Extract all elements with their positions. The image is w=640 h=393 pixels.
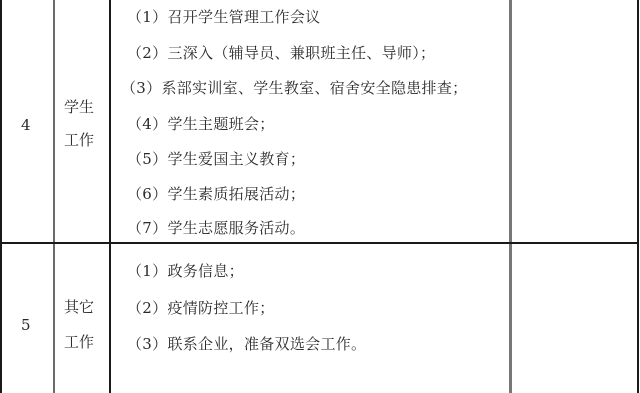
task-item: （2）疫情防控工作；: [127, 297, 275, 318]
table-border-col2: [109, 0, 111, 393]
table-border-left: [0, 0, 2, 393]
row-divider: [0, 242, 639, 244]
row-category: 学生: [64, 98, 94, 116]
row-category: 工作: [64, 131, 94, 149]
task-item: （3）联系企业，准备双选会工作。: [127, 333, 366, 354]
task-item: （1）召开学生管理工作会议: [127, 6, 320, 27]
row-index: 4: [21, 116, 31, 134]
table-border-right: [637, 0, 639, 393]
task-item: （5）学生爱国主义教育；: [127, 148, 305, 169]
row-category: 其它: [64, 298, 94, 316]
task-item: （3）系部实训室、学生教室、宿舍安全隐患排查；: [121, 77, 467, 98]
task-item: （7）学生志愿服务活动。: [127, 217, 305, 238]
task-item: （1）政务信息；: [127, 260, 244, 281]
table-border-col3: [509, 0, 512, 393]
task-item: （2）三深入（辅导员、兼职班主任、导师）；: [127, 42, 435, 63]
row-category: 工作: [64, 333, 94, 351]
task-item: （4）学生主题班会；: [127, 113, 275, 134]
table-border-col1: [53, 0, 55, 393]
row-index: 5: [21, 316, 31, 334]
task-item: （6）学生素质拓展活动；: [127, 183, 305, 204]
